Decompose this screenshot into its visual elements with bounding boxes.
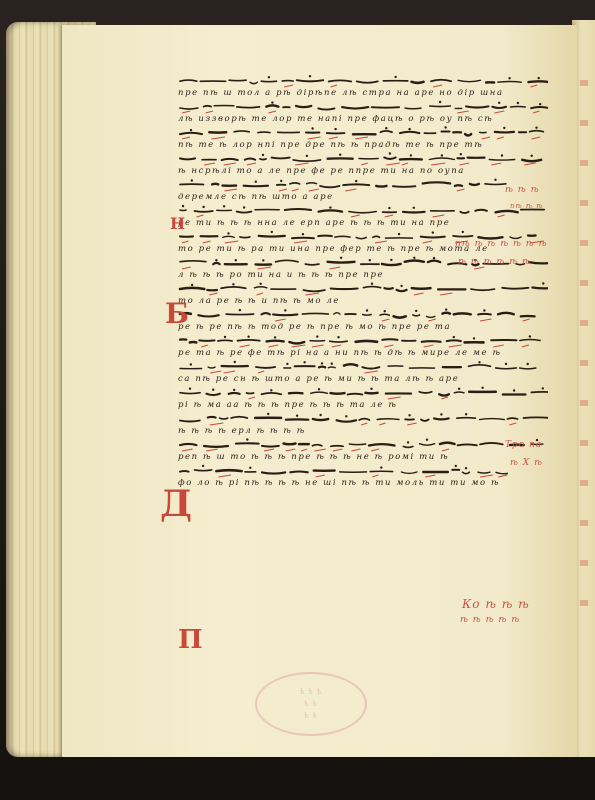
red-initial-p: П xyxy=(178,625,203,655)
neume-row xyxy=(178,73,548,87)
rubric-7: Ко ѣ ѣ ѣ xyxy=(462,597,530,611)
rubric-2: пѣ ѣ ѣ xyxy=(510,202,544,210)
neume-row xyxy=(178,385,548,399)
neume-row xyxy=(178,177,548,191)
rubric-6: ѣ Х ѣ xyxy=(510,458,543,468)
neume-row xyxy=(178,99,548,113)
neume-row xyxy=(178,151,548,165)
neume-row xyxy=(178,359,548,373)
neume-row xyxy=(178,203,548,217)
stamp-line: ѣ ѣ xyxy=(304,698,318,710)
rubric-1: ѣ ѣ ѣ xyxy=(505,185,540,195)
neume-row xyxy=(178,437,548,451)
rubric-3: пѣ ѣ ѣ ѣ ѣ ѣ ѣ xyxy=(455,239,548,249)
neume-row xyxy=(178,307,548,321)
stamp-line: ѣ ѣ xyxy=(304,710,318,722)
book-binding-bottom xyxy=(0,757,595,800)
red-initial-d: Д xyxy=(160,483,192,525)
neume-row xyxy=(178,463,548,477)
rubric-8: ѣ ѣ ѣ ѣ ѣ xyxy=(460,615,520,625)
red-initial-n: Н xyxy=(170,214,185,233)
facing-page-ink xyxy=(580,80,588,640)
stamp-line: ѣ ѣ ѣ xyxy=(300,686,322,698)
neume-row xyxy=(178,333,548,347)
library-stamp: ѣ ѣ ѣ ѣ ѣ ѣ ѣ xyxy=(255,672,367,736)
neume-row xyxy=(178,125,548,139)
music-text-block: пре пѣ ш тол а рѣ дірѣпе лѣ стра на аре … xyxy=(178,73,548,489)
neume-row xyxy=(178,411,548,425)
red-initial-b: Б xyxy=(165,297,189,330)
rubric-4: ѣ ѣ ѣ ѣ ѣ ѣ xyxy=(458,257,531,267)
neume-row xyxy=(178,281,548,295)
rubric-5: Тро па xyxy=(505,440,542,450)
